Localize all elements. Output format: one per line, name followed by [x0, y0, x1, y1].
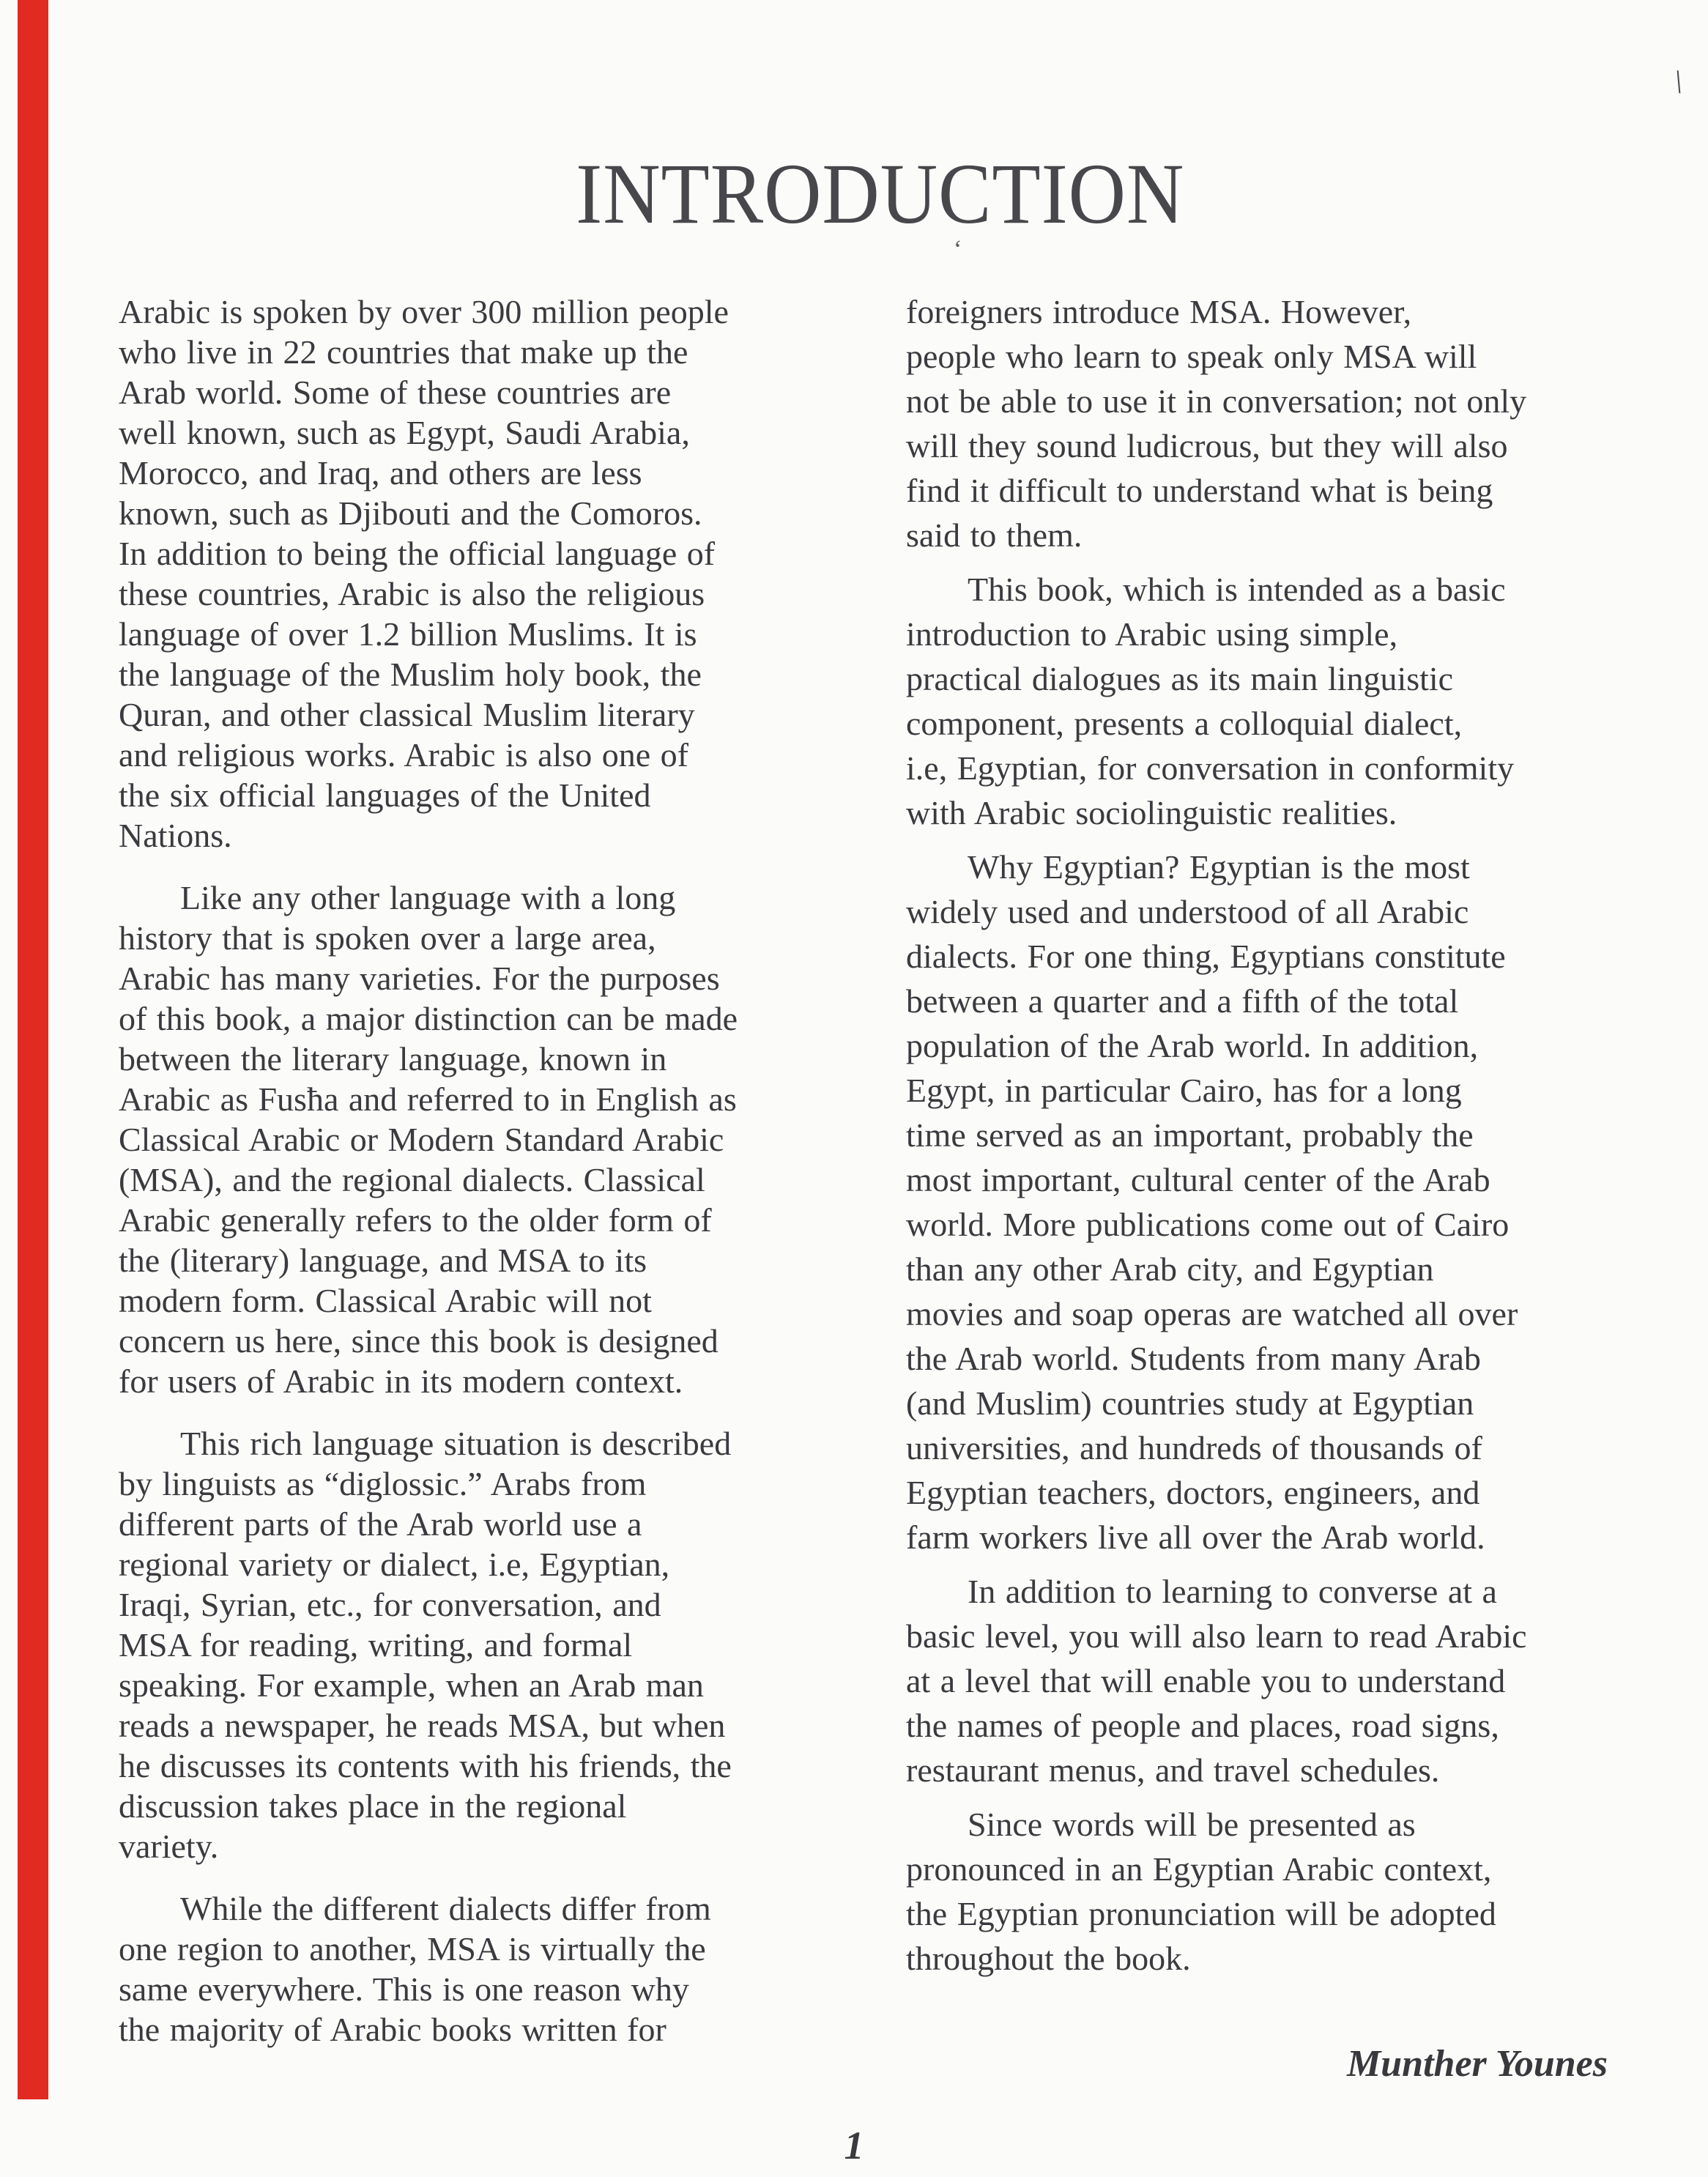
paragraph: In addition to learning to converse at a…: [906, 1569, 1668, 1792]
paragraph: This book, which is intended as a basic …: [906, 567, 1668, 835]
paragraph: Arabic is spoken by over 300 million peo…: [119, 292, 880, 856]
scan-artifact-mark: \: [1670, 62, 1687, 100]
page-number: 1: [0, 2123, 1708, 2168]
scan-artifact-mark: ‘: [954, 236, 962, 264]
paragraph: While the different dialects differ from…: [119, 1888, 880, 2050]
left-text-column: Arabic is spoken by over 300 million peo…: [119, 292, 880, 2072]
paragraph: Why Egyptian? Egyptian is the most widel…: [906, 845, 1668, 1559]
scanned-book-page: INTRODUCTION \ ‘ Arabic is spoken by ove…: [0, 0, 1708, 2177]
left-edge-binding-bar: [18, 0, 48, 2099]
paragraph: This rich language situation is describe…: [119, 1423, 880, 1866]
paragraph: Since words will be presented as pronoun…: [906, 1802, 1668, 1981]
page-title: INTRODUCTION: [576, 151, 1185, 237]
author-signature: Munther Younes: [905, 2042, 1608, 2085]
right-text-column: foreigners introduce MSA. However, peopl…: [906, 289, 1668, 1990]
paragraph: foreigners introduce MSA. However, peopl…: [906, 289, 1668, 557]
paragraph: Like any other language with a long hist…: [119, 878, 880, 1401]
page-title-text: INTRODUCTION: [576, 151, 1184, 237]
